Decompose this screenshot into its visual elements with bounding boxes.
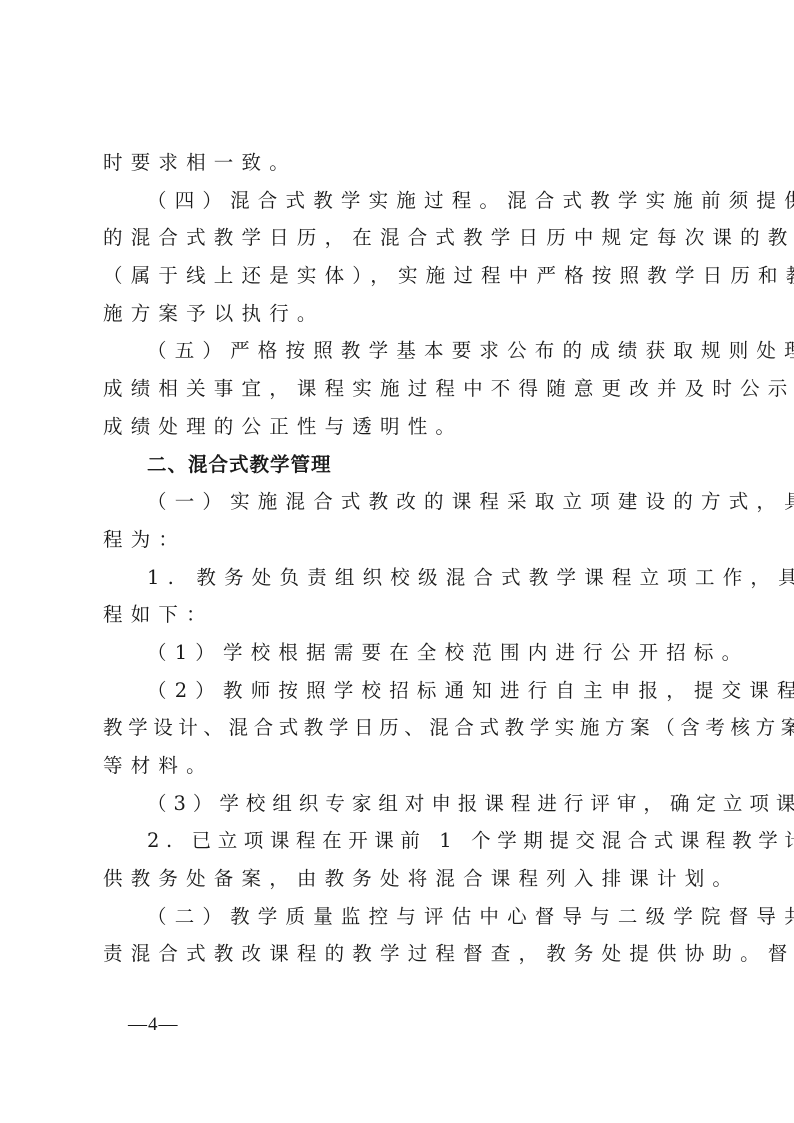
paragraph-item-4: （四）混合式教学实施过程。混合式教学实施前须提供明确 — [103, 182, 695, 220]
text-line: 的混合式教学日历，在混合式教学日历中规定每次课的教学类型 — [103, 219, 695, 257]
text-line: 供教务处备案，由教务处将混合课程列入排课计划。 — [103, 860, 695, 898]
sub-item-1: （1）学校根据需要在全校范围内进行公开招标。 — [103, 634, 695, 672]
text-line: 成绩相关事宜，课程实施过程中不得随意更改并及时公示，保证 — [103, 370, 695, 408]
text-line: 程如下： — [103, 596, 695, 634]
numbered-item-2: 2. 已立项课程在开课前 1 个学期提交混合式课程教学计划 — [103, 822, 695, 860]
paragraph-item-2: （二）教学质量监控与评估中心督导与二级学院督导共同负 — [103, 898, 695, 936]
text-line: 责混合式教改课程的教学过程督查，教务处提供协助。督查内容 — [103, 935, 695, 973]
paragraph-item-1: （一）实施混合式教改的课程采取立项建设的方式，具体流 — [103, 483, 695, 521]
sub-item-3: （3）学校组织专家组对申报课程进行评审，确定立项课程。 — [103, 785, 695, 823]
page-number: —4— — [128, 1014, 179, 1036]
document-body: 时要求相一致。 （四）混合式教学实施过程。混合式教学实施前须提供明确 的混合式教… — [103, 144, 695, 973]
paragraph-item-5: （五）严格按照教学基本要求公布的成绩获取规则处理学生 — [103, 332, 695, 370]
text-line: 施方案予以执行。 — [103, 295, 695, 333]
text-line: 时要求相一致。 — [103, 144, 695, 182]
numbered-item-1: 1. 教务处负责组织校级混合式教学课程立项工作，具体流 — [103, 559, 695, 597]
text-line: （属于线上还是实体），实施过程中严格按照教学日历和教学实 — [103, 257, 695, 295]
text-line: 成绩处理的公正性与透明性。 — [103, 408, 695, 446]
text-line: 程为： — [103, 521, 695, 559]
text-line: 教学设计、混合式教学日历、混合式教学实施方案（含考核方案） — [103, 709, 695, 747]
text-line: 等材料。 — [103, 747, 695, 785]
sub-item-2: （2）教师按照学校招标通知进行自主申报，提交课程简介、 — [103, 672, 695, 710]
section-heading: 二、混合式教学管理 — [103, 446, 695, 484]
